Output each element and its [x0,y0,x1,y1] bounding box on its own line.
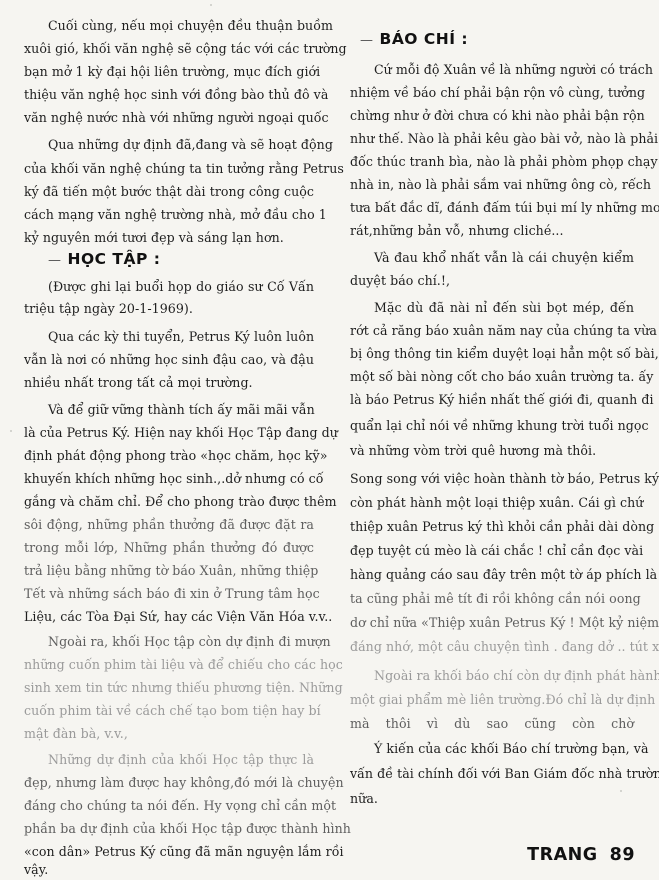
text-line: vẫn là nơi có những học sinh đậu cao, và… [24,352,314,368]
text-line: Ngoài ra khối báo chí còn dự định phát h… [374,668,634,684]
text-line: thiệp xuân Petrus ký thì khỏi cần phải d… [350,519,634,535]
text-line: triệu tập ngày 20-1-1969). [24,301,314,317]
text-line: rớt cả răng báo xuân năm nay của chúng t… [350,323,634,339]
text-line: ký đã tiến một bước thật dài trong công … [24,184,314,200]
text-line: và những vòm trời quê hương mà thôi. [350,443,634,459]
text-line: Song song với việc hoàn thành tờ báo, Pe… [350,471,634,487]
text-line: dơ chỉ nữa «Thiệp xuân Petrus Ký ! Một k… [350,615,634,631]
scanned-page: Cuối cùng, nếu mọi chuyện đều thuận buồm… [0,0,659,880]
heading-title: BÁO CHÍ : [380,30,469,48]
text-line: thiệu văn nghệ học sinh với đồng bào thủ… [24,87,314,103]
text-line: Tết và những sách báo đi xin ở Trung tâm… [24,586,314,602]
text-line: mà thôi vì dù sao cũng còn chờ [350,716,634,732]
heading-dash: — [360,33,374,48]
text-line: đẹp tuyệt cú mèo là cái chắc ! chỉ cần đ… [350,543,634,559]
text-line: nhiệm về báo chí phải bận rộn vô cùng, t… [350,85,634,101]
text-line: trả liệu bằng những tờ báo Xuân, những t… [24,563,314,579]
text-line: đáng cho chúng ta nói đến. Hy vọng chỉ c… [24,798,314,814]
text-line: cuốn phim tài về cách chế tạo bom tiện h… [24,703,314,719]
text-line: bạn mở 1 kỳ đại hội liên trường, mục đíc… [24,64,314,80]
text-line: những cuốn phim tài liệu và để chiếu cho… [24,657,314,673]
text-line: Liệu, các Tòa Đại Sứ, hay các Viện Văn H… [24,609,314,625]
text-line: đẹp, nhưng làm được hay không,đó mới là … [24,775,314,791]
text-line: Và để giữ vững thành tích ấy mãi mãi vẫn [48,402,314,418]
section-heading-hoc-tap: —HỌC TẬP : [48,250,160,268]
text-line: Cuối cùng, nếu mọi chuyện đều thuận buồm [48,18,314,34]
text-line: bị ông thông tin kiểm duyệt loại hẳn một… [350,346,634,362]
text-line: tưa bất đắc dĩ, đánh đấm túi bụi mí ly n… [350,200,634,216]
text-line: trong mỗi lớp, Những phần thưởng đó được [24,540,314,556]
text-line: là báo Petrus Ký hiền nhất thế giới đi, … [350,392,634,408]
text-line: khuyến khích những học sinh.,.dở nhưng c… [24,471,314,487]
section-heading-bao-chi: —BÁO CHÍ : [360,30,468,48]
text-line: Ngoài ra, khối Học tập còn dự định đi mư… [48,634,314,650]
text-line: quẩn lại chỉ nói về những khung trời tuổ… [350,418,634,434]
page-number-label: TRANG [527,845,597,865]
text-line: ta cũng phải mê tít đi rồi không cần nói… [350,591,634,607]
text-line: sôi động, những phần thưởng đã được đặt … [24,517,314,533]
paper-speck [620,790,622,792]
text-line: mật đàn bà, v.v., [24,726,314,742]
text-line: nhiều nhất trong tất cả mọi trường. [24,375,314,391]
text-line: một số bài nòng cốt cho báo xuân trường … [350,369,634,385]
text-line: duyệt báo chí.!, [350,273,634,289]
text-line: Những dự định của khối Học tập thực là [48,752,314,768]
text-line: định phát động phong trào «học chăm, học… [24,448,314,464]
text-line: kỷ nguyên mới tươi đẹp và sáng lạn hơn. [24,230,314,246]
page-number-value: 89 [610,845,635,865]
heading-title: HỌC TẬP : [68,250,161,268]
text-line: còn phát hành một loại thiệp xuân. Cái g… [350,495,634,511]
text-line: phần ba dự định của khối Học tập được th… [24,821,314,837]
page-number: TRANG89 [527,845,635,865]
text-line: Mặc dù đã nài nỉ đến sùi bọt mép, đến [374,300,634,316]
text-line: chừng như ở đời chưa có khi nào phải bận… [350,108,634,124]
text-line: (Được ghi lại buổi họp do giáo sư Cố Vấn [48,279,314,295]
text-line: đáng nhớ, một câu chuyện tình . đang dở … [350,639,634,655]
text-line: sinh xem tin tức nhưng thiếu phương tiện… [24,680,314,696]
text-line: nhà in, nào là phải sắm vai những ông cò… [350,177,634,193]
text-line: nữa. [350,791,634,807]
text-line: vấn đề tài chính đối với Ban Giám đốc nh… [350,766,634,782]
text-line: cách mạng văn nghệ trường nhà, mở đầu ch… [24,207,314,223]
text-line: là của Petrus Ký. Hiện nay khối Học Tập … [24,425,314,441]
heading-dash: — [48,253,62,268]
text-line: rát,những bản vỗ, nhưng cliché... [350,223,634,239]
text-line: Qua những dự định đã,đang và sẽ hoạt độn… [48,137,314,153]
text-line: «con dân» Petrus Ký cũng đã mãn nguyện l… [24,844,314,860]
text-line: đốc thúc tranh bìa, nào là phải phòm phọ… [350,154,634,170]
text-line: như thế. Nào là phải kêu gào bài vở, nào… [350,131,634,147]
text-line: văn nghệ nước nhà với những người ngoại … [24,110,314,126]
text-line: gắng và chăm chỉ. Để cho phong trào được… [24,494,314,510]
text-line: vậy. [24,862,314,878]
paper-speck [640,330,642,332]
text-line: xuôi gió, khối văn nghệ sẽ cộng tác với … [24,41,314,57]
text-line: của khối văn nghệ chúng ta tin tưởng rằn… [24,161,314,177]
text-line: Cứ mỗi độ Xuân về là những người có trác… [374,62,634,78]
paper-speck [10,430,12,432]
text-line: Qua các kỳ thi tuyển, Petrus Ký luôn luô… [48,329,314,345]
paper-speck [210,4,212,6]
text-line: Và đau khổ nhất vẫn là cái chuyện kiểm [374,250,634,266]
text-line: hàng quảng cáo sau đây trên một tờ áp ph… [350,567,634,583]
text-line: một giai phẩm mè liên trường.Đó chỉ là d… [350,692,634,708]
text-line: Ý kiến của các khối Báo chí trường bạn, … [374,741,634,757]
